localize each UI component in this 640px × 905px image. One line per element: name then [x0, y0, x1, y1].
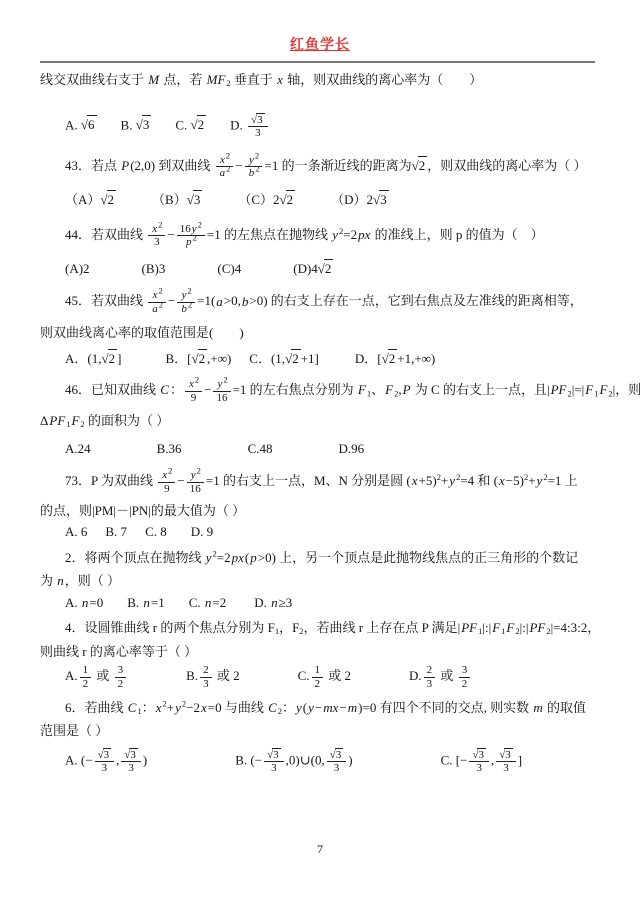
math-sqrt: √3 [187, 190, 203, 209]
math-supscript: 2 [158, 286, 162, 296]
math-subscript: 2 [546, 626, 550, 636]
math-variable: F [71, 413, 81, 428]
math-fraction: x23 [148, 223, 165, 249]
question-line: 6．若曲线 C1：x2+y2−2x=0 与曲线 C2：y(y−mx−m)=0 有… [40, 699, 600, 717]
math-variable: x [200, 700, 208, 715]
page-header: 红鱼学长 [0, 0, 640, 54]
math-sqrt: √2 [412, 156, 428, 175]
question-line: 则双曲线离心率的取值范围是( ) [40, 324, 600, 342]
math-variable: F [598, 382, 608, 397]
math-supscript: 2 [339, 225, 343, 235]
math-sqrt: √2 [191, 349, 207, 368]
math-variable: y [205, 550, 213, 565]
math-variable: F [384, 382, 394, 397]
math-variable: n [81, 595, 90, 610]
math-variable: x [188, 378, 195, 390]
math-fraction: 16y2p2 [177, 223, 205, 249]
math-variable: P [120, 158, 130, 173]
options-line: (A)2(B)3(C)4(D)4√2 [40, 259, 600, 278]
math-supscript: 2 [197, 466, 201, 476]
math-supscript: 2 [168, 466, 172, 476]
question-43: 43．若点 P(2,0) 到双曲线 x2a2−y2b2=1 的一条渐近线的距离为… [40, 154, 600, 209]
question-line: 44．若双曲线 x23−16y2p2=1 的左焦点在抛物线 y2=2px 的准线… [40, 223, 600, 249]
question-line: 则曲线 r 的离心率等于（ ） [40, 643, 600, 661]
math-fraction: y2b2 [245, 154, 263, 180]
page-number: 7 [317, 842, 323, 856]
math-fraction: y2b2 [177, 289, 195, 315]
question-4: 4．设圆锥曲线 r 的两个焦点分别为 F1，F2，若曲线 r 上存在点 P 满足… [40, 619, 600, 690]
math-sqrt: √3 [136, 115, 152, 134]
math-variable: y [190, 469, 197, 481]
math-variable: F [505, 620, 515, 635]
math-supscript: 2 [188, 299, 192, 309]
math-sqrt: √3 [330, 748, 344, 762]
math-variable: PF [460, 620, 478, 635]
math-fraction: √33 [121, 748, 141, 775]
math-supscript: 2 [226, 164, 230, 174]
math-supscript: 2 [223, 374, 227, 384]
page-footer: 7 [0, 842, 640, 857]
question-45: 45．若双曲线 x2a2−y2b2=1(a>0,b>0) 的右支上存在一点，它到… [40, 289, 600, 367]
options-line: A. n=0B. n=1C. n=2D. n≥3 [40, 594, 600, 612]
math-subscript: 2 [567, 388, 571, 398]
math-sqrt: √3 [267, 748, 281, 762]
math-subscript: 2 [394, 388, 398, 398]
math-supscript: 2 [195, 374, 199, 384]
math-variable: y [295, 700, 303, 715]
math-variable: n [204, 595, 213, 610]
question-line: 73．P 为双曲线 x29−y216=1 的右支上一点，M、N 分别是圆 (x+… [40, 469, 600, 495]
math-variable: y [248, 154, 255, 166]
questions-area: 线交双曲线右支于 M 点，若 MF2 垂直于 x 轴，则双曲线的离心率为（ ）A… [0, 63, 640, 775]
math-sqrt: √3 [124, 748, 138, 762]
math-subscript: 2 [226, 78, 230, 88]
math-supscript: 2 [226, 150, 230, 160]
math-variable: m [347, 700, 358, 715]
math-variable: x [276, 72, 284, 87]
math-variable: M [147, 72, 160, 87]
question-line: 45．若双曲线 x2a2−y2b2=1(a>0,b>0) 的右支上存在一点，它到… [40, 289, 600, 315]
question-73: 73．P 为双曲线 x29−y216=1 的右支上一点，M、N 分别是圆 (x+… [40, 469, 600, 540]
math-variable: m [532, 700, 543, 715]
math-subscript: 1 [66, 419, 70, 429]
question-line: 线交双曲线右支于 M 点，若 MF2 垂直于 x 轴，则双曲线的离心率为（ ） [40, 71, 600, 89]
math-sqrt: √2 [280, 190, 296, 209]
math-fraction: x29 [185, 378, 202, 404]
math-variable: PF [528, 620, 546, 635]
math-fraction: 12 [312, 664, 324, 690]
math-variable: PF [48, 413, 66, 428]
math-fraction: √33 [496, 748, 516, 775]
math-supscript: 2 [198, 219, 202, 229]
question-line: 43．若点 P(2,0) 到双曲线 x2a2−y2b2=1 的一条渐近线的距离为… [40, 154, 600, 180]
question-line: 为 n，则（ ） [40, 572, 600, 590]
math-subscript: 1 [275, 626, 279, 636]
options-line: A.24B.36C.48D.96 [40, 440, 600, 458]
math-variable: x [498, 473, 506, 488]
math-subscript: 2 [278, 706, 282, 716]
math-supscript: 2 [182, 698, 186, 708]
math-sqrt: √6 [81, 115, 97, 134]
math-subscript: 1 [478, 626, 482, 636]
question-line: 的点，则|PM|－|PN|的最大值为（ ） [40, 502, 600, 520]
math-sqrt: √3 [373, 190, 389, 209]
math-supscript: 2 [159, 299, 163, 309]
math-subscript: 1 [367, 388, 371, 398]
math-supscript: 2 [213, 548, 217, 558]
math-fraction: √33 [248, 113, 268, 140]
question-line: 46．已知双曲线 C：x29−y216=1 的左右焦点分别为 F1、F2,P 为… [40, 378, 600, 404]
math-variable: n [270, 595, 279, 610]
math-variable: x [411, 473, 419, 488]
math-subscript: 2 [299, 626, 303, 636]
math-variable: b [241, 294, 250, 309]
math-variable: MF [206, 72, 227, 87]
math-fraction: 23 [424, 664, 436, 690]
options-line: （A）√2（B）√3（C）2√2（D）2√3 [40, 190, 600, 209]
math-sqrt: √2 [285, 349, 301, 368]
math-variable: px [357, 227, 371, 242]
document-page: 红鱼学长 线交双曲线右支于 M 点，若 MF2 垂直于 x 轴，则双曲线的离心率… [0, 0, 640, 905]
math-supscript: 2 [437, 472, 441, 482]
options-line: A. 6B. 7C. 8D. 9 [40, 523, 600, 541]
watermark-title: 红鱼学长 [290, 38, 350, 53]
question-44: 44．若双曲线 x23−16y2p2=1 的左焦点在抛物线 y2=2px 的准线… [40, 223, 600, 278]
math-variable: P [402, 382, 412, 397]
question-6: 6．若曲线 C1：x2+y2−2x=0 与曲线 C2：y(y−mx−m)=0 有… [40, 699, 600, 775]
math-variable: y [174, 700, 182, 715]
math-variable: a [215, 294, 224, 309]
math-supscript: 2 [188, 286, 192, 296]
math-subscript: 2 [80, 419, 84, 429]
math-fraction: √33 [95, 748, 115, 775]
math-fraction: 23 [200, 664, 212, 690]
math-variable: C [127, 700, 138, 715]
question-line: 2．将两个顶点在抛物线 y2=2px(p>0) 上，另一个顶点是此抛物线焦点的正… [40, 549, 600, 567]
math-variable: y [331, 227, 339, 242]
math-supscript: 2 [456, 472, 460, 482]
math-fraction: √33 [469, 748, 489, 775]
math-sqrt: √2 [318, 259, 334, 278]
math-sqrt: √3 [472, 748, 486, 762]
math-supscript: 2 [192, 233, 196, 243]
math-variable: mx [322, 700, 339, 715]
math-variable: b [180, 303, 188, 315]
math-fraction: x2a2 [216, 154, 234, 180]
math-fraction: x29 [158, 469, 175, 495]
math-variable: F [584, 382, 594, 397]
question-continued: 线交双曲线右支于 M 点，若 MF2 垂直于 x 轴，则双曲线的离心率为（ ）A… [40, 71, 600, 140]
math-supscript: 2 [162, 698, 166, 708]
math-variable: a [151, 303, 159, 315]
math-fraction: 12 [80, 664, 92, 690]
math-fraction: √33 [264, 748, 284, 775]
math-variable: F [357, 382, 367, 397]
math-supscript: 2 [255, 164, 259, 174]
question-line: 4．设圆锥曲线 r 的两个焦点分别为 F1，F2，若曲线 r 上存在点 P 满足… [40, 619, 600, 637]
math-sqrt: √3 [499, 748, 513, 762]
math-variable: n [56, 573, 65, 588]
options-line: A. √6B. √3C. √2D. √33 [40, 113, 600, 140]
options-line: A. (−√33,√33)B. (−√33,0)∪(0,√33)C. [−√33… [40, 748, 600, 775]
math-subscript: 2 [515, 626, 519, 636]
math-sqrt: √3 [251, 113, 265, 127]
math-sqrt: √2 [191, 115, 207, 134]
math-supscript: 2 [158, 219, 162, 229]
math-fraction: y216 [187, 469, 204, 495]
math-variable: n [142, 595, 151, 610]
math-supscript: 2 [255, 150, 259, 160]
math-fraction: √33 [327, 748, 347, 775]
math-fraction: 32 [459, 664, 471, 690]
math-subscript: 1 [137, 706, 141, 716]
math-variable: y [307, 700, 315, 715]
question-line: ΔPF1F2 的面积为（ ） [40, 412, 600, 430]
math-fraction: x2a2 [148, 289, 166, 315]
math-variable: px [231, 550, 245, 565]
math-subscript: 2 [608, 388, 612, 398]
math-sqrt: √2 [382, 349, 398, 368]
math-sqrt: √2 [100, 190, 116, 209]
question-2: 2．将两个顶点在抛物线 y2=2px(p>0) 上，另一个顶点是此抛物线焦点的正… [40, 549, 600, 612]
math-sqrt: √3 [98, 748, 112, 762]
math-variable: y [181, 289, 188, 301]
math-supscript: 2 [543, 472, 547, 482]
math-fraction: y216 [213, 378, 230, 404]
question-line: 范围是（ ） [40, 722, 600, 740]
math-supscript: 2 [524, 472, 528, 482]
options-line: A．(1,√2]B．[√2,+∞)C．(1,√2+1]D．[√2+1,+∞) [40, 349, 600, 368]
options-line: A.12 或 32B.23 或 2C.12 或 2D.23 或 32 [40, 664, 600, 690]
math-variable: y [448, 473, 456, 488]
math-fraction: 32 [115, 664, 127, 690]
math-variable: x [219, 154, 226, 166]
question-46: 46．已知双曲线 C：x29−y216=1 的左右焦点分别为 F1、F2,P 为… [40, 378, 600, 457]
math-variable: p [249, 550, 258, 565]
math-variable: C [267, 700, 278, 715]
math-variable: F [491, 620, 501, 635]
math-sqrt: √2 [101, 349, 117, 368]
math-variable: C [159, 382, 170, 397]
math-variable: PF [550, 382, 568, 397]
